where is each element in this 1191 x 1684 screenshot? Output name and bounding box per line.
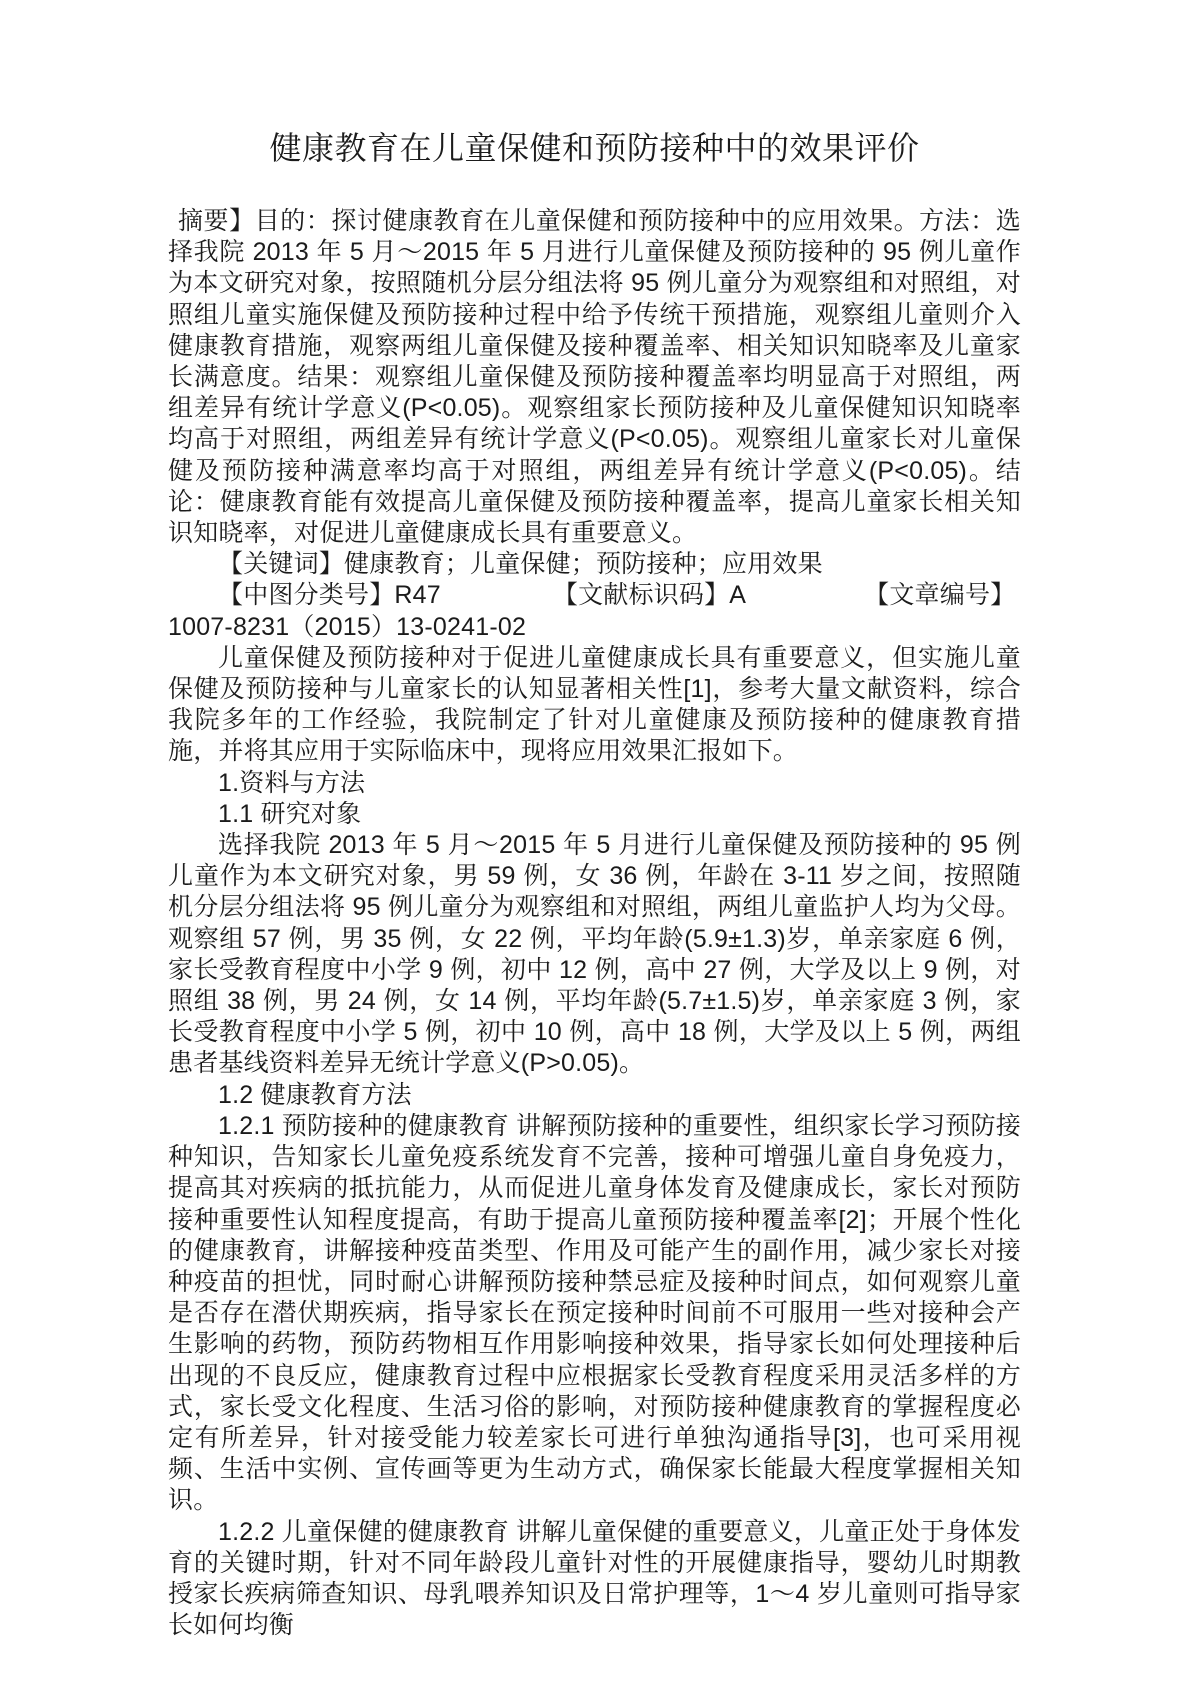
paragraph: 摘要】目的：探讨健康教育在儿童保健和预防接种中的应用效果。方法：选择我院 201… (168, 206, 1021, 549)
document-body: 摘要】目的：探讨健康教育在儿童保健和预防接种中的应用效果。方法：选择我院 201… (168, 206, 1021, 1641)
article-page: 健康教育在儿童保健和预防接种中的效果评价 摘要】目的：探讨健康教育在儿童保健和预… (168, 0, 1021, 1684)
paragraph: 1007-8231（2015）13-0241-02 (168, 612, 1021, 643)
paragraph: 1.2 健康教育方法 (168, 1080, 1021, 1111)
paragraph: 儿童保健及预防接种对于促进儿童健康成长具有重要意义，但实施儿童保健及预防接种与儿… (168, 643, 1021, 768)
meta-line: 【中图分类号】R47【文献标识码】A【文章编号】 (168, 580, 1021, 611)
meta-part: 【中图分类号】R47 (218, 581, 441, 609)
document-page: { "article": { "page_bg": "#ffffff", "te… (0, 0, 1191, 1684)
meta-part: 【文章编号】 (864, 581, 1015, 609)
paragraph: 1.2.1 预防接种的健康教育 讲解预防接种的重要性，组织家长学习预防接种知识，… (168, 1111, 1021, 1517)
article-title: 健康教育在儿童保健和预防接种中的效果评价 (168, 0, 1021, 170)
paragraph: 1.1 研究对象 (168, 799, 1021, 830)
paragraph: 1.2.2 儿童保健的健康教育 讲解儿童保健的重要意义，儿童正处于身体发育的关键… (168, 1517, 1021, 1642)
paragraph: 【关键词】健康教育；儿童保健；预防接种；应用效果 (168, 549, 1021, 580)
paragraph: 选择我院 2013 年 5 月～2015 年 5 月进行儿童保健及预防接种的 9… (168, 830, 1021, 1080)
paragraph: 1.资料与方法 (168, 768, 1021, 799)
meta-part: 【文献标识码】A (553, 581, 746, 609)
